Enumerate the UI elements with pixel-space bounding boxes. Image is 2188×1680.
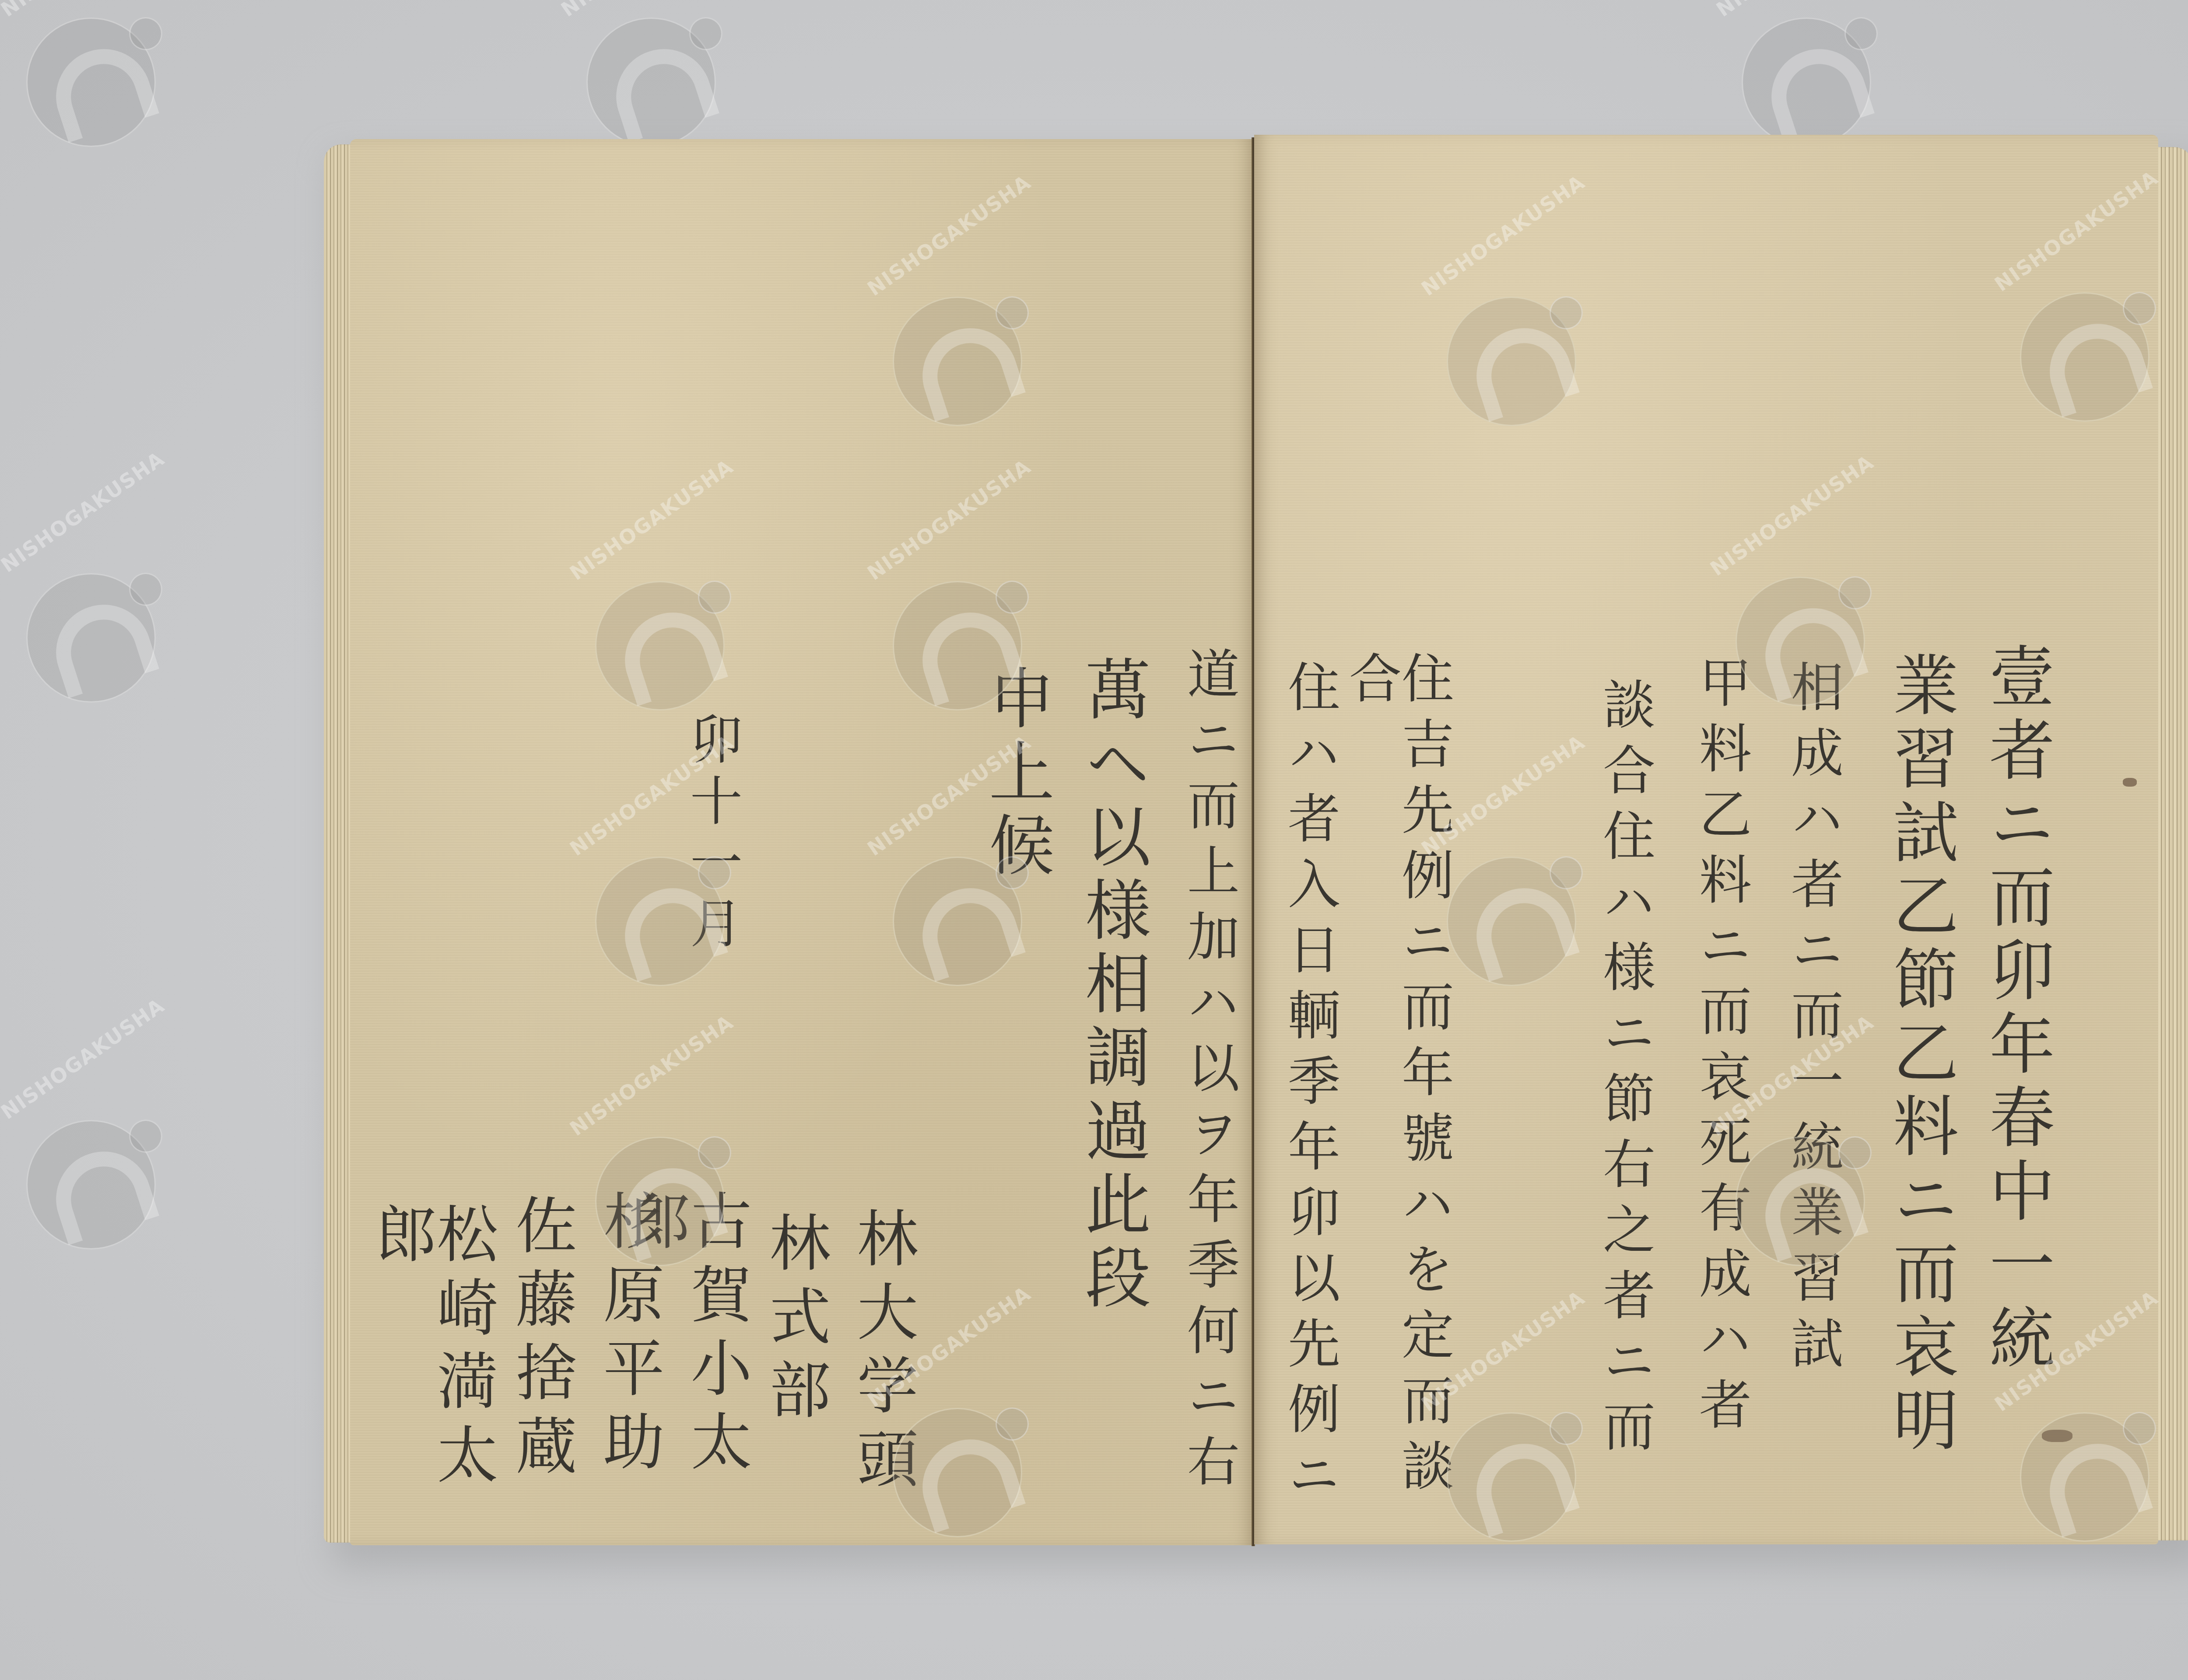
watermark-logo-icon: NISHOGAKUSHA — [595, 581, 725, 710]
watermark-logo-icon: NISHOGAKUSHA — [893, 857, 1022, 986]
right-text-column: 業習試乙節乙料ニ而哀明 — [1887, 651, 1953, 1459]
ink-stain — [2123, 778, 2137, 787]
watermark-logo-icon: NISHOGAKUSHA — [1736, 577, 1865, 706]
watermark-logo-icon: NISHOGAKUSHA — [2020, 292, 2149, 422]
right-text-column: 道ニ而上加ハ以ヲ年季何ニ右 — [1182, 647, 1235, 1500]
right-text-column: 談合住ハ様ニ節右之者ニ而 — [1598, 677, 1651, 1465]
watermark-logo-icon: NISHOGAKUSHA — [1447, 297, 1576, 426]
signatory: 林式部 — [764, 1211, 825, 1431]
watermark-logo-icon: NISHOGAKUSHA — [1447, 857, 1576, 986]
left-text-column: 萬ヘ以様相調過此段 — [1079, 655, 1145, 1317]
right-page: 壹者ニ而卯年春中一統 業習試乙節乙料ニ而哀明 相成ハ者ニ而一統業習試 甲料乙料ニ… — [1254, 135, 2158, 1544]
watermark-logo-icon: NISHOGAKUSHA — [1447, 1412, 1576, 1542]
right-page-edges — [2154, 147, 2188, 1540]
watermark-logo-icon: NISHOGAKUSHA — [1736, 1137, 1865, 1266]
right-text-column: 甲料乙料ニ而哀死有成ハ者 — [1694, 655, 1747, 1443]
right-text-column: 壹者ニ而卯年春中一統 — [1983, 642, 2049, 1377]
right-text-column: 相成ハ者ニ而一統業習試 — [1786, 660, 1839, 1382]
left-page: 萬ヘ以様相調過此段 申上候 卯十一月 林大学頭 林式部 古賀小太郎 杉原平助 佐… — [350, 139, 1254, 1545]
watermark-logo-icon: NISHOGAKUSHA — [595, 1137, 725, 1266]
watermark-logo-icon: NISHOGAKUSHA — [893, 297, 1022, 426]
watermark-logo-icon: NISHOGAKUSHA — [893, 581, 1022, 710]
watermark-logo-icon: NISHOGAKUSHA — [586, 17, 716, 147]
watermark-logo-icon: NISHOGAKUSHA — [26, 573, 156, 703]
watermark-logo-icon: NISHOGAKUSHA — [26, 17, 156, 147]
watermark-logo-icon: NISHOGAKUSHA — [2020, 1412, 2149, 1542]
watermark-logo-icon: NISHOGAKUSHA — [893, 1408, 1022, 1537]
right-text-column: 住ハ者入日輌季年卯以先例ニ — [1283, 660, 1336, 1513]
watermark-logo-icon: NISHOGAKUSHA — [1742, 17, 1871, 147]
watermark-logo-icon: NISHOGAKUSHA — [26, 1120, 156, 1249]
signatory: 佐藤捨蔵 — [510, 1193, 572, 1487]
signatory: 松崎満太郎 — [370, 1202, 493, 1545]
open-book: 萬ヘ以様相調過此段 申上候 卯十一月 林大学頭 林式部 古賀小太郎 杉原平助 佐… — [324, 139, 2188, 1545]
watermark-logo-icon: NISHOGAKUSHA — [595, 857, 725, 986]
